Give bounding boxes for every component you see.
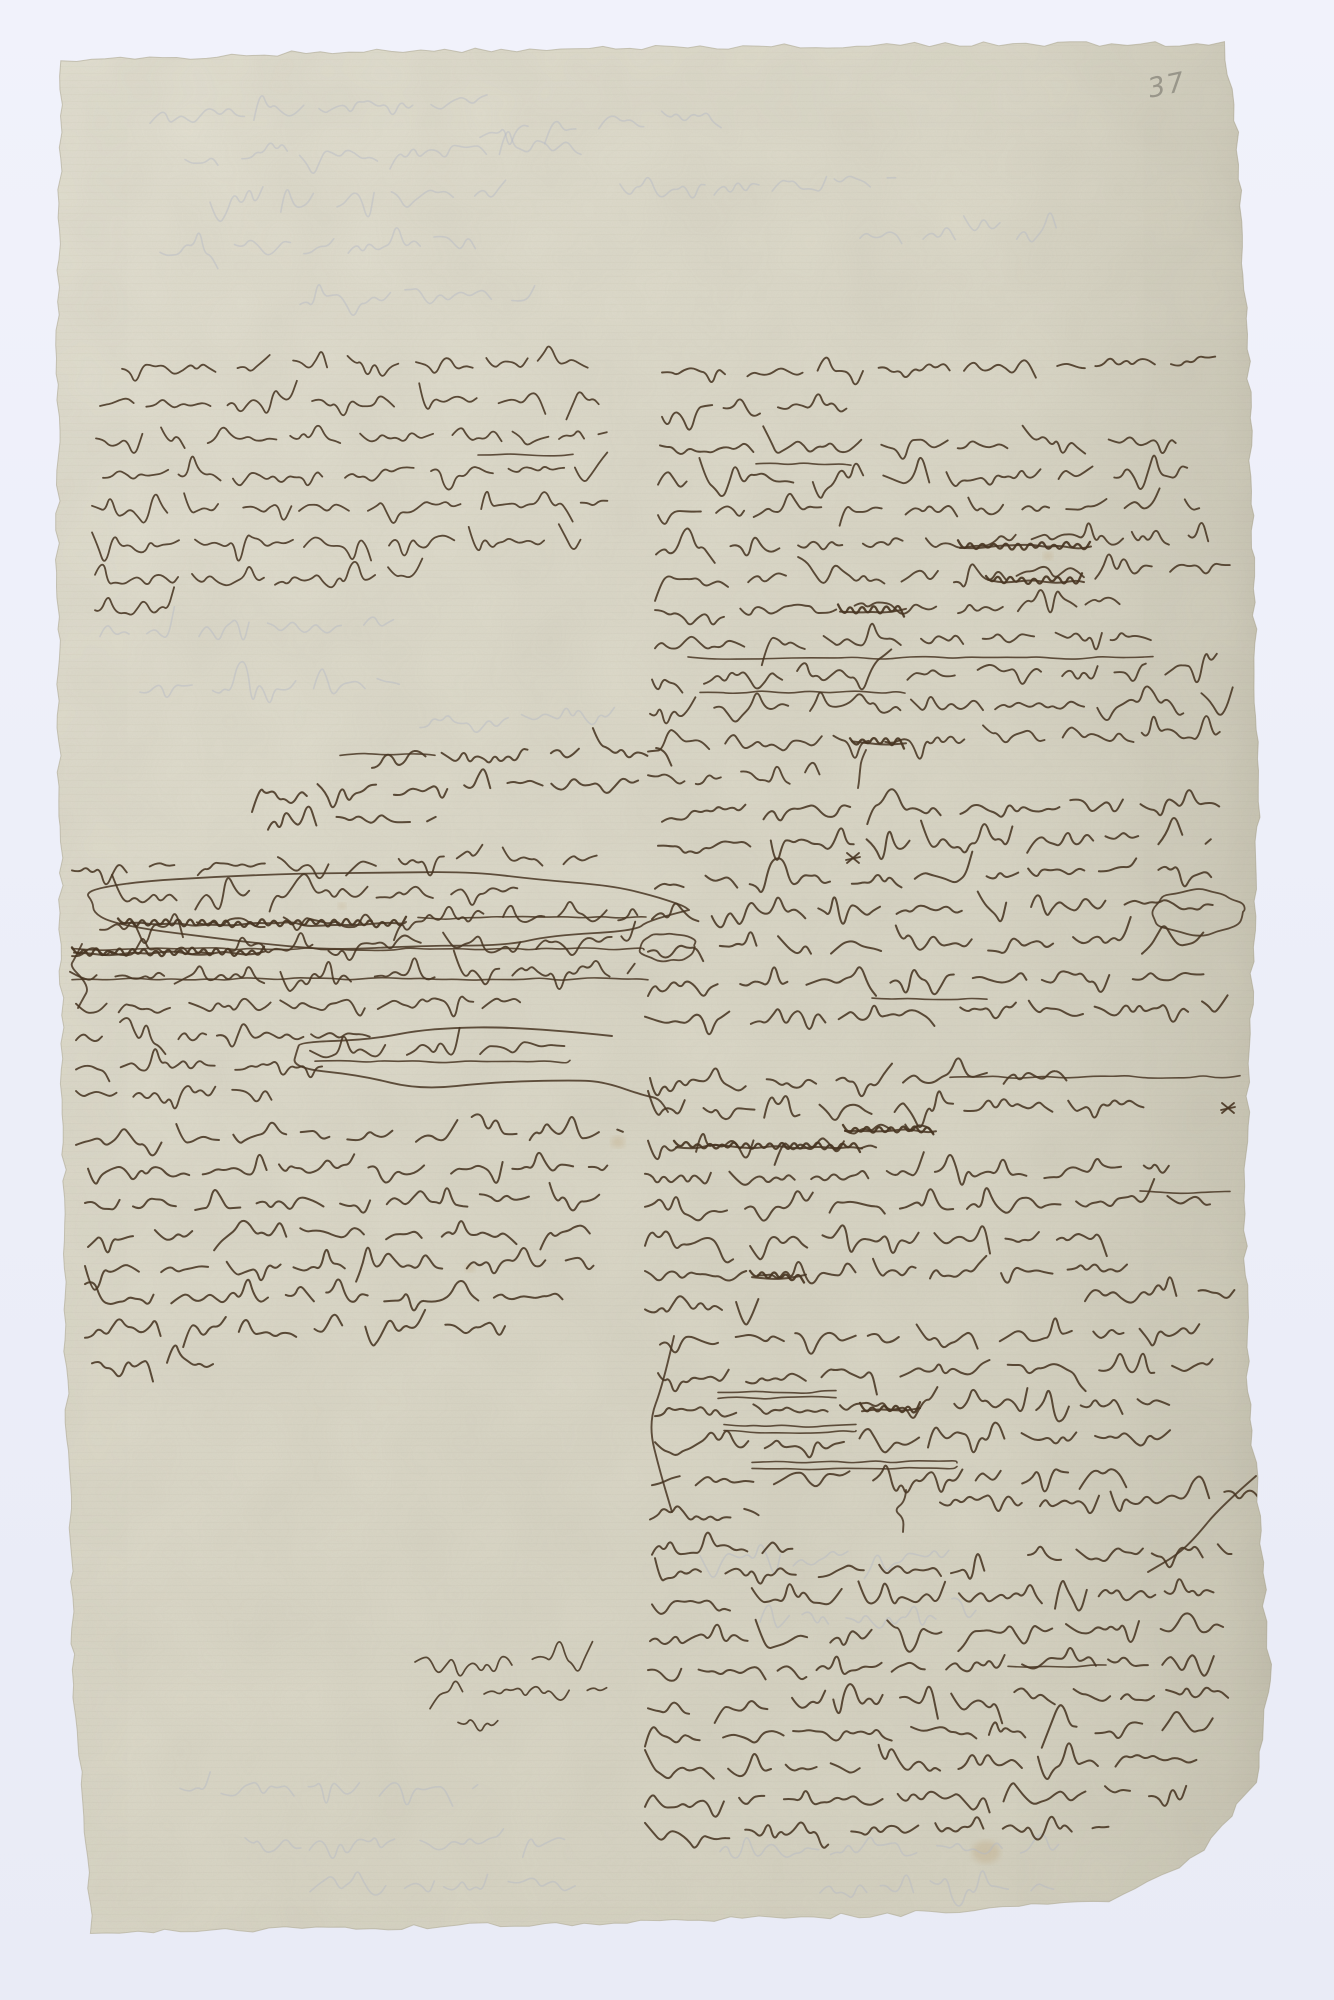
flourish-stroke-mark — [1266, 1326, 1308, 1508]
scan-background: 37 — [0, 0, 1334, 2000]
manuscript-page — [0, 0, 1334, 2000]
